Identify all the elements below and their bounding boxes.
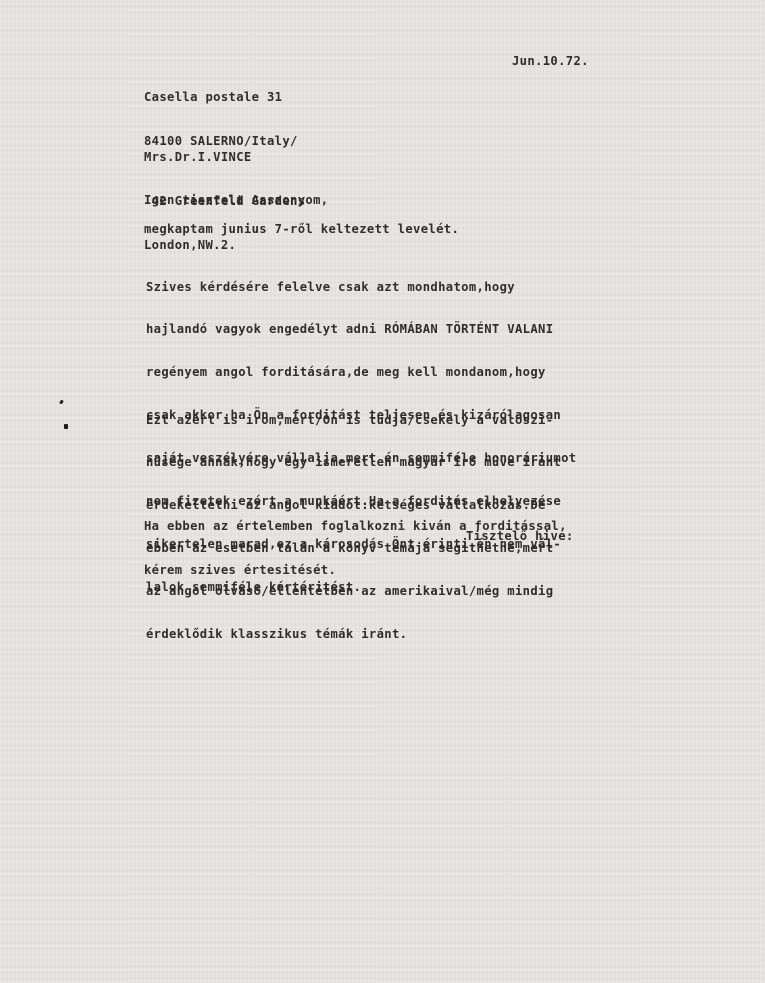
recipient-address-line: Mrs.Dr.I.VINCE	[144, 150, 305, 165]
paragraph-line: Szives kérdésére felelve csak azt mondha…	[146, 280, 577, 294]
opening-line: megkaptam junius 7-ről keltezett levelét…	[144, 222, 459, 237]
letter-date: Jun.10.72.	[512, 54, 589, 69]
paragraph-line: Ezt azért is irom,mert/On is tudja/cseké…	[146, 413, 561, 427]
closing: Tisztelő hive:	[466, 529, 574, 544]
paragraph-line: érdeklődik klasszikus témák iránt.	[146, 627, 561, 641]
salutation: Igen tisztelt Asszonyom,	[144, 193, 329, 208]
paragraph-line: nüsége annak,hogy egy ismeretlen magyar …	[146, 455, 561, 469]
body-paragraph-3: Ha ebben az értelemben foglalkozni kiván…	[144, 489, 567, 607]
letter-page: Casella postale 31 84100 SALERNO/Italy/ …	[0, 0, 765, 983]
paragraph-line: kérem szives értesitését.	[144, 563, 567, 578]
sender-address-line: Casella postale 31	[144, 90, 298, 105]
ink-speck	[64, 424, 68, 429]
paragraph-line: regényem angol forditására,de meg kell m…	[146, 365, 577, 379]
ink-speck	[59, 400, 64, 405]
paragraph-line: hajlandó vagyok engedélyt adni RÓMÁBAN T…	[146, 322, 577, 336]
